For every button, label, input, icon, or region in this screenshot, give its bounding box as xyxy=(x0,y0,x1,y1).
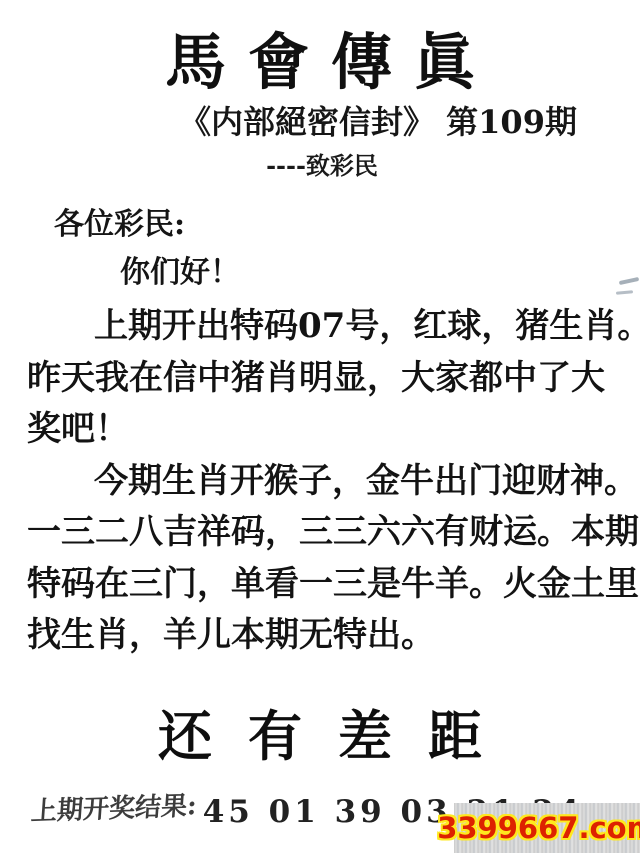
dedication-line: ----致彩民 xyxy=(2,146,640,181)
letter-body: 上期开出特码07号，红球，猪生肖。 昨天我在信中猪肖明显，大家都中了大 奖吧！ … xyxy=(27,301,633,662)
letter-line: 特码在三门，单看一三是牛羊。火金土里 xyxy=(27,559,633,611)
letter-line: 上期开出特码07号，红球，猪生肖。 xyxy=(27,301,633,353)
letter-line: 昨天我在信中猪肖明显，大家都中了大 xyxy=(27,353,633,405)
letter-line: 今期生肖开猴子，金牛出门迎财神。 xyxy=(27,456,633,508)
letter-line: 找生肖，羊儿本期无特出。 xyxy=(27,610,633,662)
result-label: 上期开奖结果: xyxy=(30,785,198,828)
scan-artifact xyxy=(619,277,639,285)
issue-subtitle: 《内部絕密信封》 第109期 xyxy=(58,97,640,143)
greeting: 你们好！ xyxy=(120,247,240,291)
letter-line: 奖吧！ xyxy=(27,404,633,456)
watermark-strip: 3399667.com xyxy=(454,803,640,853)
letter-line: 一三二八吉祥码，三三六六有财运。本期 xyxy=(27,507,633,559)
page-title: 馬會傳眞 xyxy=(0,14,640,101)
slogan-text: 还有差距 xyxy=(0,694,640,771)
salutation: 各位彩民: xyxy=(54,199,185,243)
scan-artifact xyxy=(616,290,633,294)
fax-document-page: 馬會傳眞 《内部絕密信封》 第109期 ----致彩民 各位彩民: 你们好！ 上… xyxy=(0,0,640,853)
watermark-site-text: 3399667.com xyxy=(437,811,640,845)
